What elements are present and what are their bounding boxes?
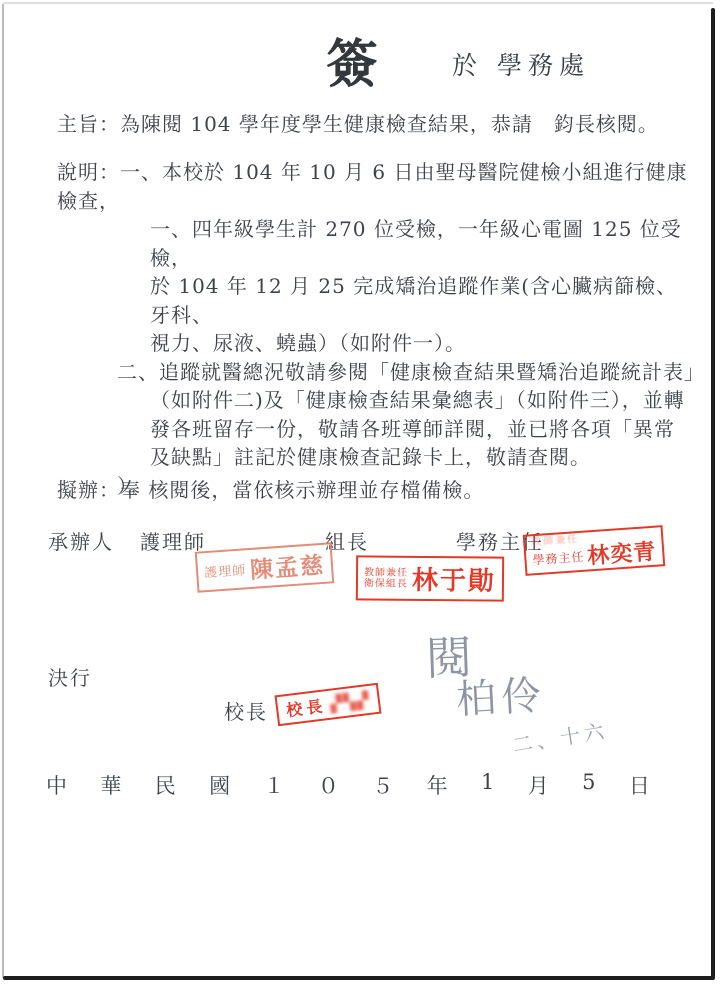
description-line: 發各班留存一份，敬請各班導師詳閱，並已將各項「異常 (150, 415, 697, 444)
description-line: 說明：一、本校於 104 年 10 月 6 日由聖母醫院健檢小組進行健康檢查， (57, 158, 697, 215)
description-line: 二、追蹤就醫總況敬請參閱「健康檢查結果暨矯治追蹤統計表」 (117, 358, 697, 387)
chief-stamp: 教師兼任 衛保組長 林于勛 (356, 555, 504, 601)
date-char: ５ (372, 770, 393, 800)
date-char: 民 (155, 770, 176, 800)
director-stamp-name: 林奕青 (587, 541, 657, 568)
director-stamp-title: 學務主任 (532, 551, 585, 567)
date-char: 中 (46, 770, 67, 800)
proposal-line: 擬辦：奉 核閱後，當依核示辦理並存檔備檢。 (57, 474, 484, 503)
description-line: 一、四年級學生計 270 位受檢，一年級心電圖 125 位受檢， (150, 215, 697, 272)
date-char: ０ (318, 770, 339, 800)
office-location: 於 學務處 (452, 46, 590, 82)
date-char: 5 (582, 770, 595, 800)
date-char: 年 (427, 770, 448, 800)
nurse-stamp-name: 陳孟慈 (249, 547, 326, 585)
chief-stamp-title-bottom: 衛保組長 (364, 578, 408, 589)
description-block: 說明：一、本校於 104 年 10 月 6 日由聖母醫院健檢小組進行健康檢查， … (57, 158, 697, 500)
chief-stamp-name: 林于勛 (412, 560, 496, 598)
nurse-stamp-title: 護理師 (203, 559, 246, 581)
principal-stamp-title: 校長 (285, 693, 328, 721)
principal-stamp-name-blurred: ▞▚▞ (329, 690, 371, 714)
principal-label: 校長 (224, 696, 268, 725)
description-line: 視力、尿液、蟯蟲）（如附件一）。 (150, 329, 697, 358)
nurse-label: 護理師 (140, 526, 206, 555)
subject-line: 主旨：為陳閱 104 學年度學生健康檢查結果，恭請 鈞長核閱。 (57, 108, 659, 137)
handler-label: 承辦人 (48, 526, 114, 555)
scan-edge-top (3, 2, 713, 4)
date-char: １ (264, 770, 285, 800)
principal-stamp: 校長 ▞▚▞ (274, 683, 381, 726)
date-char: 月 (528, 770, 549, 800)
handwritten-signature: 柏伶 (455, 664, 548, 726)
description-line: 於 104 年 12 月 25 完成矯治追蹤作業(含心臟病篩檢、牙科、 (150, 272, 697, 329)
date-char: 1 (481, 770, 494, 800)
scan-edge-bottom (3, 976, 715, 980)
doc-type-title: 簽 (326, 22, 380, 97)
chief-stamp-title: 教師兼任 衛保組長 (364, 567, 408, 589)
nurse-stamp: 護理師 陳孟慈 (195, 542, 335, 592)
date-line: 中 華 民 國 １ ０ ５ 年 1 月 5 日 (46, 770, 650, 800)
scan-edge-right (711, 8, 715, 978)
date-char: 華 (100, 770, 121, 800)
date-char: 日 (629, 770, 650, 800)
date-char: 國 (209, 770, 230, 800)
chief-stamp-title-top: 教師兼任 (364, 567, 408, 578)
description-line: （如附件二)及「健康檢查結果彙總表」（如附件三），並轉 (150, 386, 697, 415)
scanned-memo-page: 簽 於 學務處 主旨：為陳閱 104 學年度學生健康檢查結果，恭請 鈞長核閱。 … (0, 0, 720, 992)
scan-edge-left (2, 4, 4, 978)
approval-label: 決行 (48, 662, 92, 691)
description-line: 及缺點」註記於健康檢查記錄卡上，敬請查閱。 (150, 443, 697, 472)
director-stamp: 教師兼任 學務主任 林奕青 (523, 525, 666, 576)
